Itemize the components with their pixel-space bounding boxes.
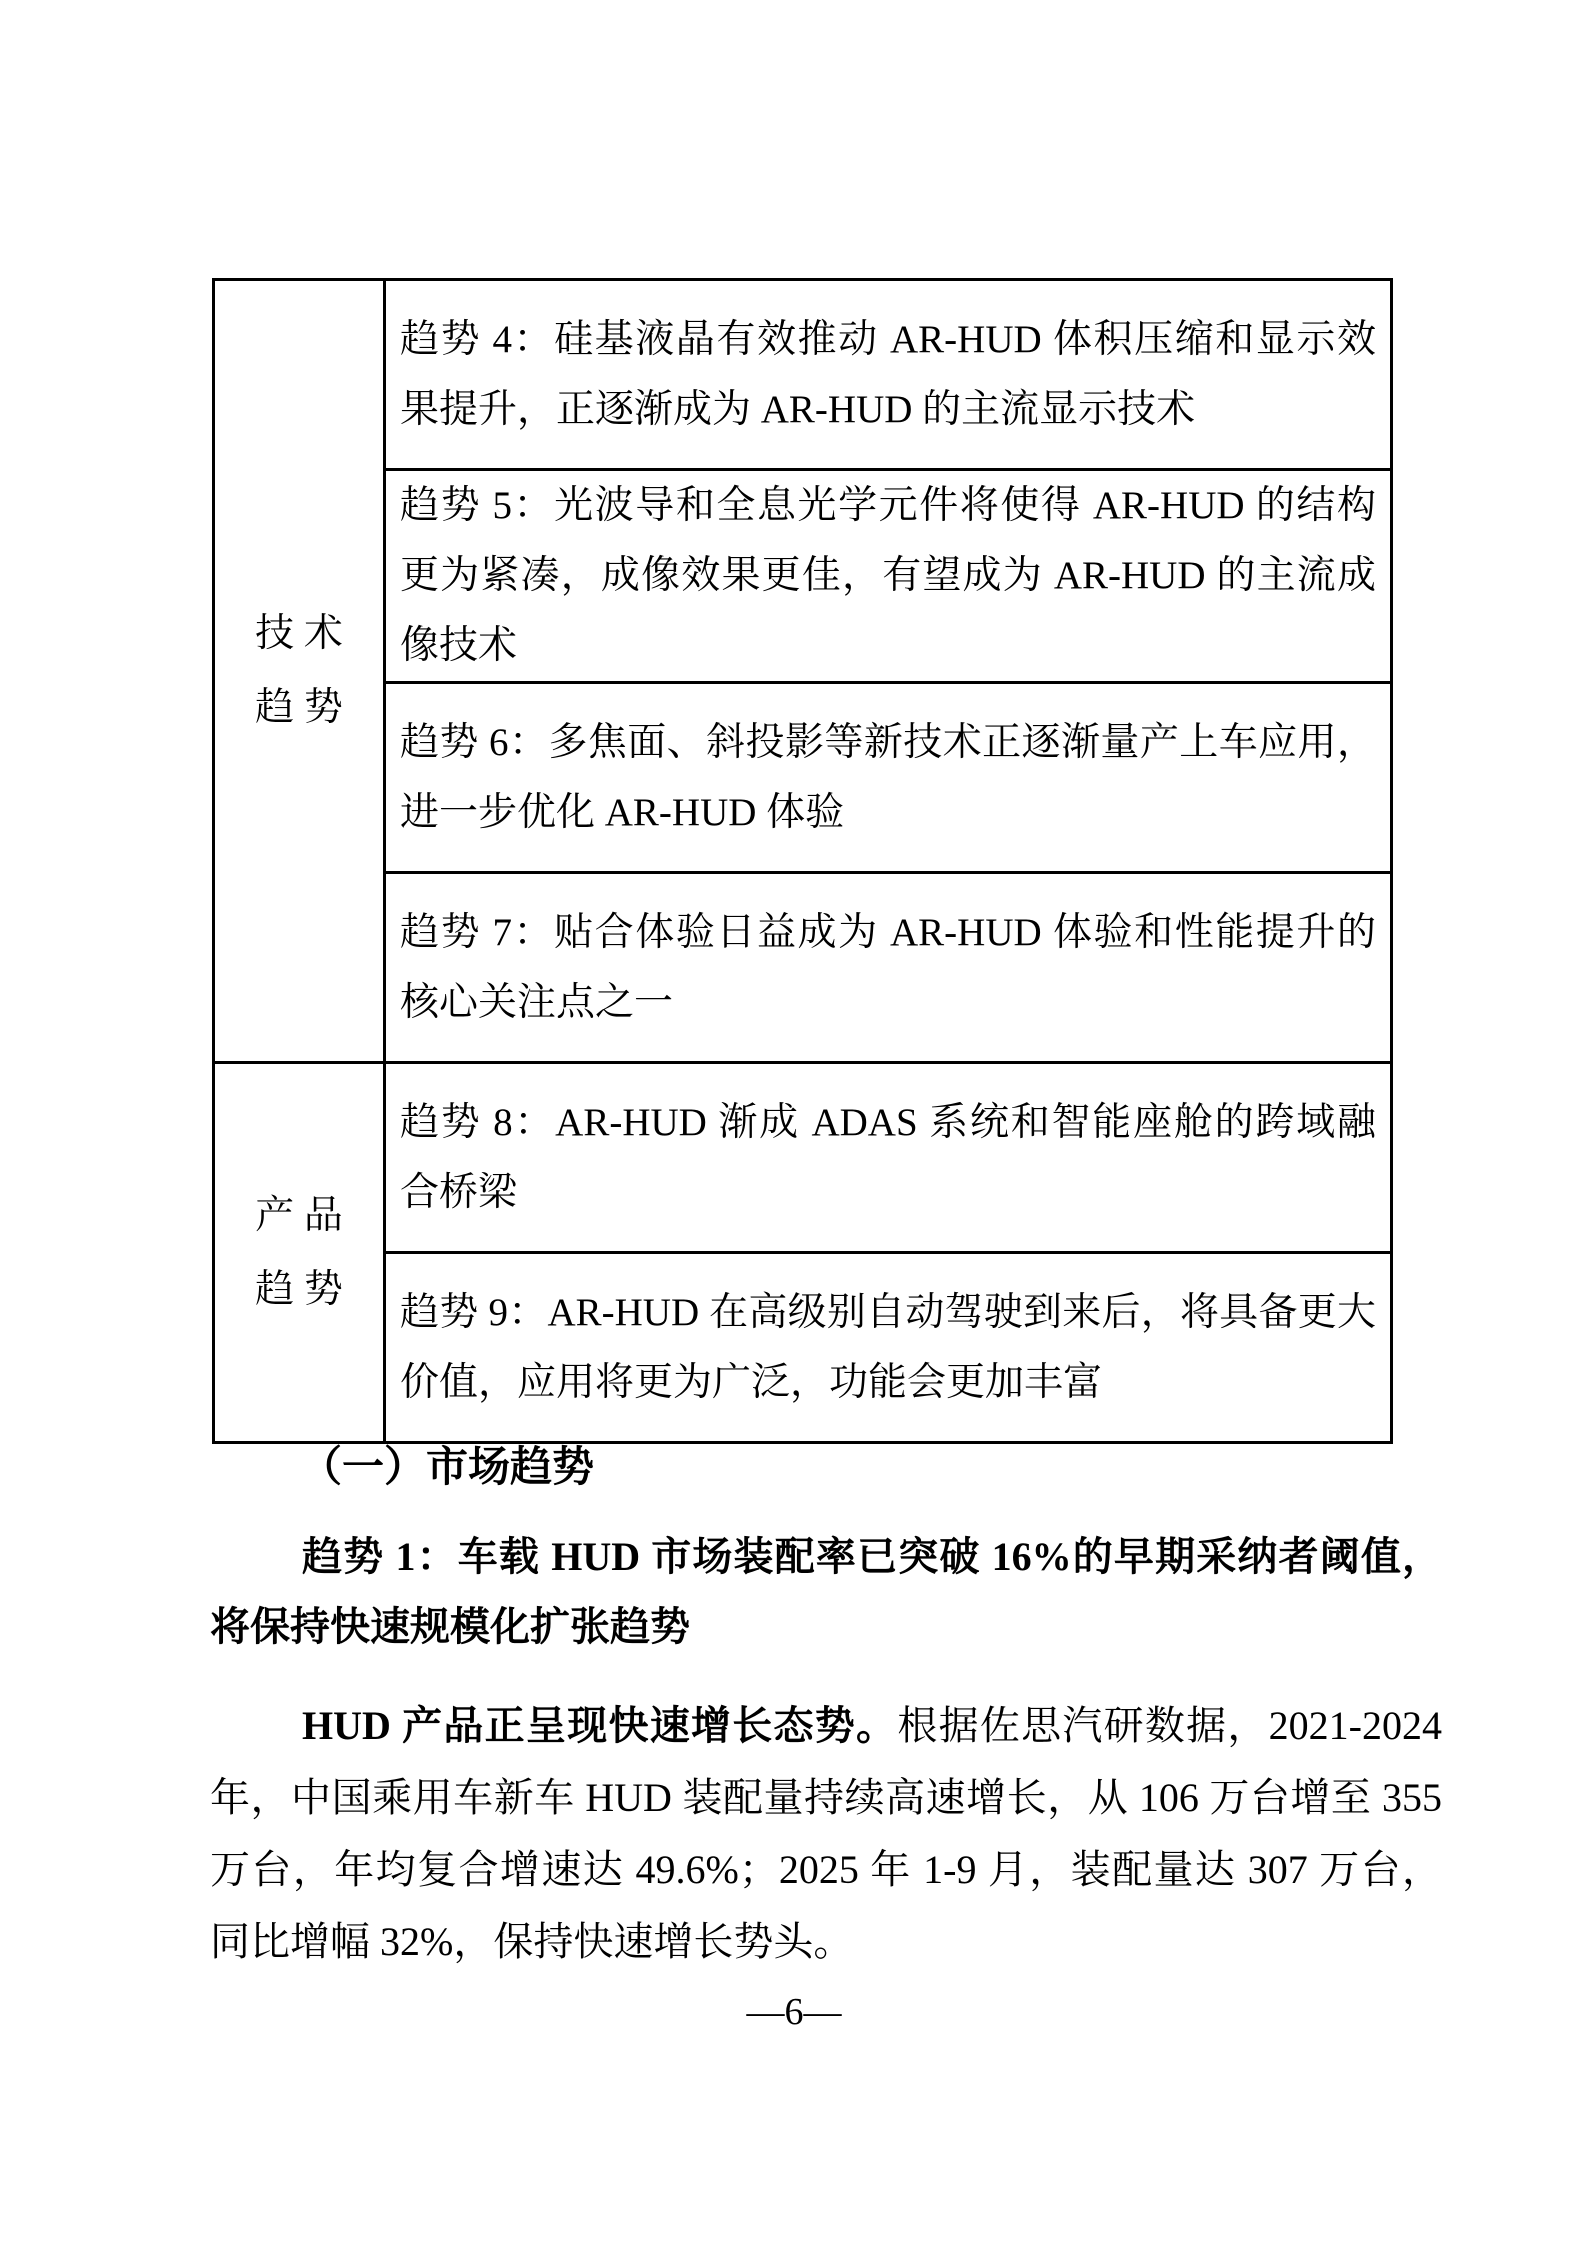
- table-row: 产 品 趋 势 趋势 8：AR-HUD 渐成 ADAS 系统和智能座舱的跨域融合…: [214, 1063, 1392, 1253]
- table-row: 趋势 7：贴合体验日益成为 AR-HUD 体验和性能提升的核心关注点之一: [214, 873, 1392, 1063]
- trend-cell-9: 趋势 9：AR-HUD 在高级别自动驾驶到来后，将具备更大价值，应用将更为广泛，…: [385, 1253, 1392, 1443]
- section-heading: （一）市场趋势: [300, 1438, 594, 1498]
- body-paragraph: HUD 产品正呈现快速增长态势。根据佐思汽研数据，2021-2024 年，中国乘…: [210, 1690, 1442, 1978]
- trend-cell-7: 趋势 7：贴合体验日益成为 AR-HUD 体验和性能提升的核心关注点之一: [385, 873, 1392, 1063]
- trend-cell-5: 趋势 5：光波导和全息光学元件将使得 AR-HUD 的结构更为紧凑，成像效果更佳…: [385, 470, 1392, 683]
- table-row: 趋势 6：多焦面、斜投影等新技术正逐渐量产上车应用，进一步优化 AR-HUD 体…: [214, 683, 1392, 873]
- document-page: 技 术 趋 势 趋势 4：硅基液晶有效推动 AR-HUD 体积压缩和显示效果提升…: [0, 0, 1588, 2245]
- row-header-tech-trends: 技 术 趋 势: [214, 280, 385, 1063]
- row-header-product-trends: 产 品 趋 势: [214, 1063, 385, 1443]
- table-row: 趋势 9：AR-HUD 在高级别自动驾驶到来后，将具备更大价值，应用将更为广泛，…: [214, 1253, 1392, 1443]
- trend-cell-4: 趋势 4：硅基液晶有效推动 AR-HUD 体积压缩和显示效果提升，正逐渐成为 A…: [385, 280, 1392, 470]
- trend1-heading: 趋势 1：车载 HUD 市场装配率已突破 16%的早期采纳者阈值，将保持快速规模…: [210, 1522, 1442, 1662]
- trend-table: 技 术 趋 势 趋势 4：硅基液晶有效推动 AR-HUD 体积压缩和显示效果提升…: [212, 278, 1393, 1444]
- row-header-line: 趋 势: [215, 1253, 383, 1327]
- row-header-line: 技 术: [215, 597, 383, 671]
- table-row: 技 术 趋 势 趋势 4：硅基液晶有效推动 AR-HUD 体积压缩和显示效果提升…: [214, 280, 1392, 470]
- trend-cell-8: 趋势 8：AR-HUD 渐成 ADAS 系统和智能座舱的跨域融合桥梁: [385, 1063, 1392, 1253]
- paragraph-lead: HUD 产品正呈现快速增长态势。: [302, 1703, 897, 1748]
- row-header-line: 产 品: [215, 1179, 383, 1253]
- trend-cell-6: 趋势 6：多焦面、斜投影等新技术正逐渐量产上车应用，进一步优化 AR-HUD 体…: [385, 683, 1392, 873]
- row-header-line: 趋 势: [215, 671, 383, 745]
- table-row: 趋势 5：光波导和全息光学元件将使得 AR-HUD 的结构更为紧凑，成像效果更佳…: [214, 470, 1392, 683]
- page-number: —6—: [0, 1990, 1588, 2034]
